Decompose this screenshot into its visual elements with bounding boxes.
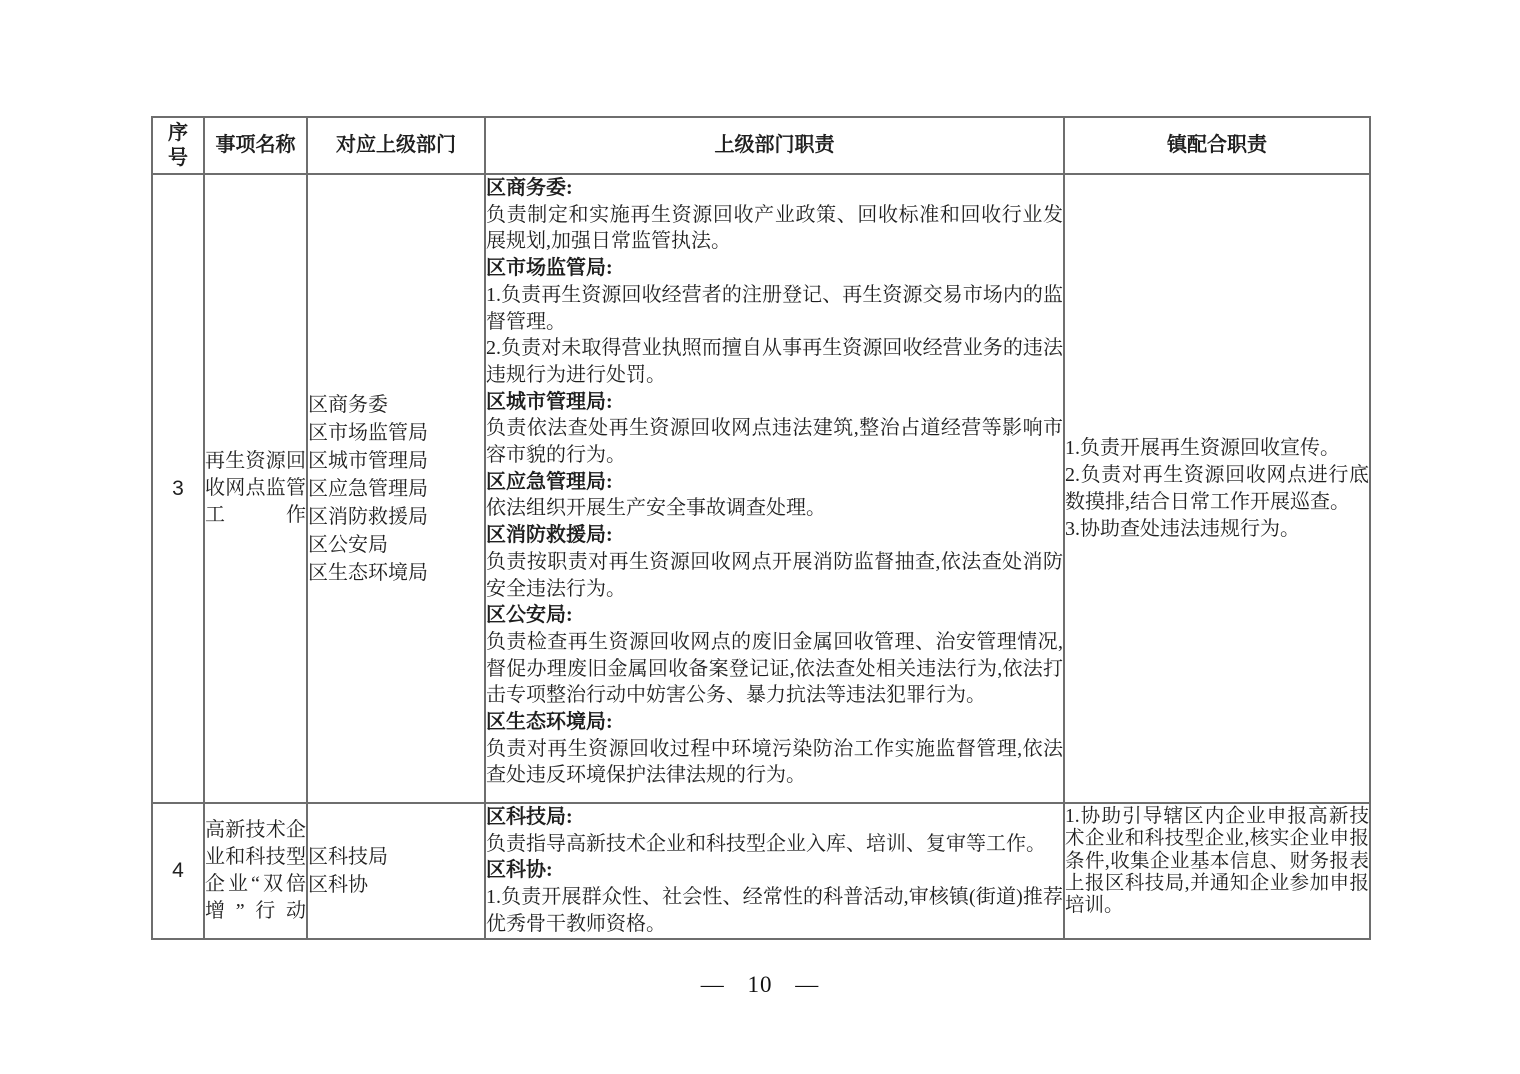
town-duty-item: 3.协助查处违法违规行为。 xyxy=(1065,516,1369,543)
item-name: 高新技术企业和科技型企业“双倍增”行动 xyxy=(205,817,306,925)
item-name-cell: 高新技术企业和科技型企业“双倍增”行动 xyxy=(204,803,307,939)
page-number: — 10 — xyxy=(0,972,1520,998)
duty-paragraph: 负责按职责对再生资源回收网点开展消防监督抽查,依法查处消防安全违法行为。 xyxy=(486,549,1063,602)
town-duty-item: 1.协助引导辖区内企业申报高新技术企业和科技型企业,核实企业申报条件,收集企业基… xyxy=(1065,806,1369,917)
document-page: 序号 事项名称 对应上级部门 上级部门职责 镇配合职责 3 再生资源回收网点监管… xyxy=(0,0,1520,1074)
duty-paragraph: 2.负责对未取得营业执照而擅自从事再生资源回收经营业务的违法违规行为进行处罚。 xyxy=(486,335,1063,388)
upper-duties-cell: 区商务委: 负责制定和实施再生资源回收产业政策、回收标准和回收行业发展规划,加强… xyxy=(485,174,1064,803)
duty-heading: 区消防救援局: xyxy=(486,522,1063,549)
town-duties-cell: 1.负责开展再生资源回收宣传。 2.负责对再生资源回收网点进行底数摸排,结合日常… xyxy=(1064,174,1370,803)
duty-heading: 区市场监管局: xyxy=(486,255,1063,282)
col-header-seq-no: 序号 xyxy=(152,117,204,174)
department-item: 区公安局 xyxy=(308,531,484,559)
town-duty-item: 1.负责开展再生资源回收宣传。 xyxy=(1065,435,1369,462)
duty-paragraph: 负责依法查处再生资源回收网点违法建筑,整治占道经营等影响市容市貌的行为。 xyxy=(486,415,1063,468)
duty-heading: 区科协: xyxy=(486,857,1063,884)
duty-paragraph: 负责检查再生资源回收网点的废旧金属回收管理、治安管理情况,督促办理废旧金属回收备… xyxy=(486,629,1063,709)
department-item: 区市场监管局 xyxy=(308,419,484,447)
duty-paragraph: 1.负责开展群众性、社会性、经常性的科普活动,审核镇(街道)推荐优秀骨干教师资格… xyxy=(486,884,1063,937)
table-row: 4 高新技术企业和科技型企业“双倍增”行动 区科技局 区科协 区科技局: 负责指… xyxy=(152,803,1370,939)
duty-heading: 区商务委: xyxy=(486,175,1063,202)
duty-paragraph: 依法组织开展生产安全事故调查处理。 xyxy=(486,495,1063,522)
duty-heading: 区科技局: xyxy=(486,804,1063,831)
table-row: 3 再生资源回收网点监管工作 区商务委 区市场监管局 区城市管理局 区应急管理局… xyxy=(152,174,1370,803)
department-item: 区城市管理局 xyxy=(308,447,484,475)
duty-heading: 区应急管理局: xyxy=(486,469,1063,496)
department-item: 区科协 xyxy=(308,871,484,899)
table-header-row: 序号 事项名称 对应上级部门 上级部门职责 镇配合职责 xyxy=(152,117,1370,174)
duty-heading: 区生态环境局: xyxy=(486,709,1063,736)
department-item: 区生态环境局 xyxy=(308,559,484,587)
col-header-item-name: 事项名称 xyxy=(204,117,307,174)
item-name: 再生资源回收网点监管工作 xyxy=(205,448,306,529)
col-header-upper-departments: 对应上级部门 xyxy=(307,117,485,174)
duty-heading: 区城市管理局: xyxy=(486,389,1063,416)
department-item: 区科技局 xyxy=(308,843,484,871)
col-header-town-duties: 镇配合职责 xyxy=(1064,117,1370,174)
item-name-cell: 再生资源回收网点监管工作 xyxy=(204,174,307,803)
upper-duties-cell: 区科技局: 负责指导高新技术企业和科技型企业入库、培训、复审等工作。 区科协: … xyxy=(485,803,1064,939)
duty-paragraph: 1.负责再生资源回收经营者的注册登记、再生资源交易市场内的监督管理。 xyxy=(486,282,1063,335)
duty-paragraph: 负责对再生资源回收过程中环境污染防治工作实施监督管理,依法查处违反环境保护法律法… xyxy=(486,736,1063,789)
town-duties-cell: 1.协助引导辖区内企业申报高新技术企业和科技型企业,核实企业申报条件,收集企业基… xyxy=(1064,803,1370,939)
duty-heading: 区公安局: xyxy=(486,602,1063,629)
row-number: 3 xyxy=(152,174,204,803)
departments-cell: 区科技局 区科协 xyxy=(307,803,485,939)
row-number: 4 xyxy=(152,803,204,939)
responsibility-table: 序号 事项名称 对应上级部门 上级部门职责 镇配合职责 3 再生资源回收网点监管… xyxy=(151,116,1371,940)
col-header-upper-duties: 上级部门职责 xyxy=(485,117,1064,174)
department-item: 区应急管理局 xyxy=(308,475,484,503)
departments-cell: 区商务委 区市场监管局 区城市管理局 区应急管理局 区消防救援局 区公安局 区生… xyxy=(307,174,485,803)
department-item: 区商务委 xyxy=(308,391,484,419)
duty-paragraph: 负责制定和实施再生资源回收产业政策、回收标准和回收行业发展规划,加强日常监管执法… xyxy=(486,202,1063,255)
department-item: 区消防救援局 xyxy=(308,503,484,531)
duty-paragraph: 负责指导高新技术企业和科技型企业入库、培训、复审等工作。 xyxy=(486,831,1063,858)
town-duty-item: 2.负责对再生资源回收网点进行底数摸排,结合日常工作开展巡查。 xyxy=(1065,462,1369,516)
